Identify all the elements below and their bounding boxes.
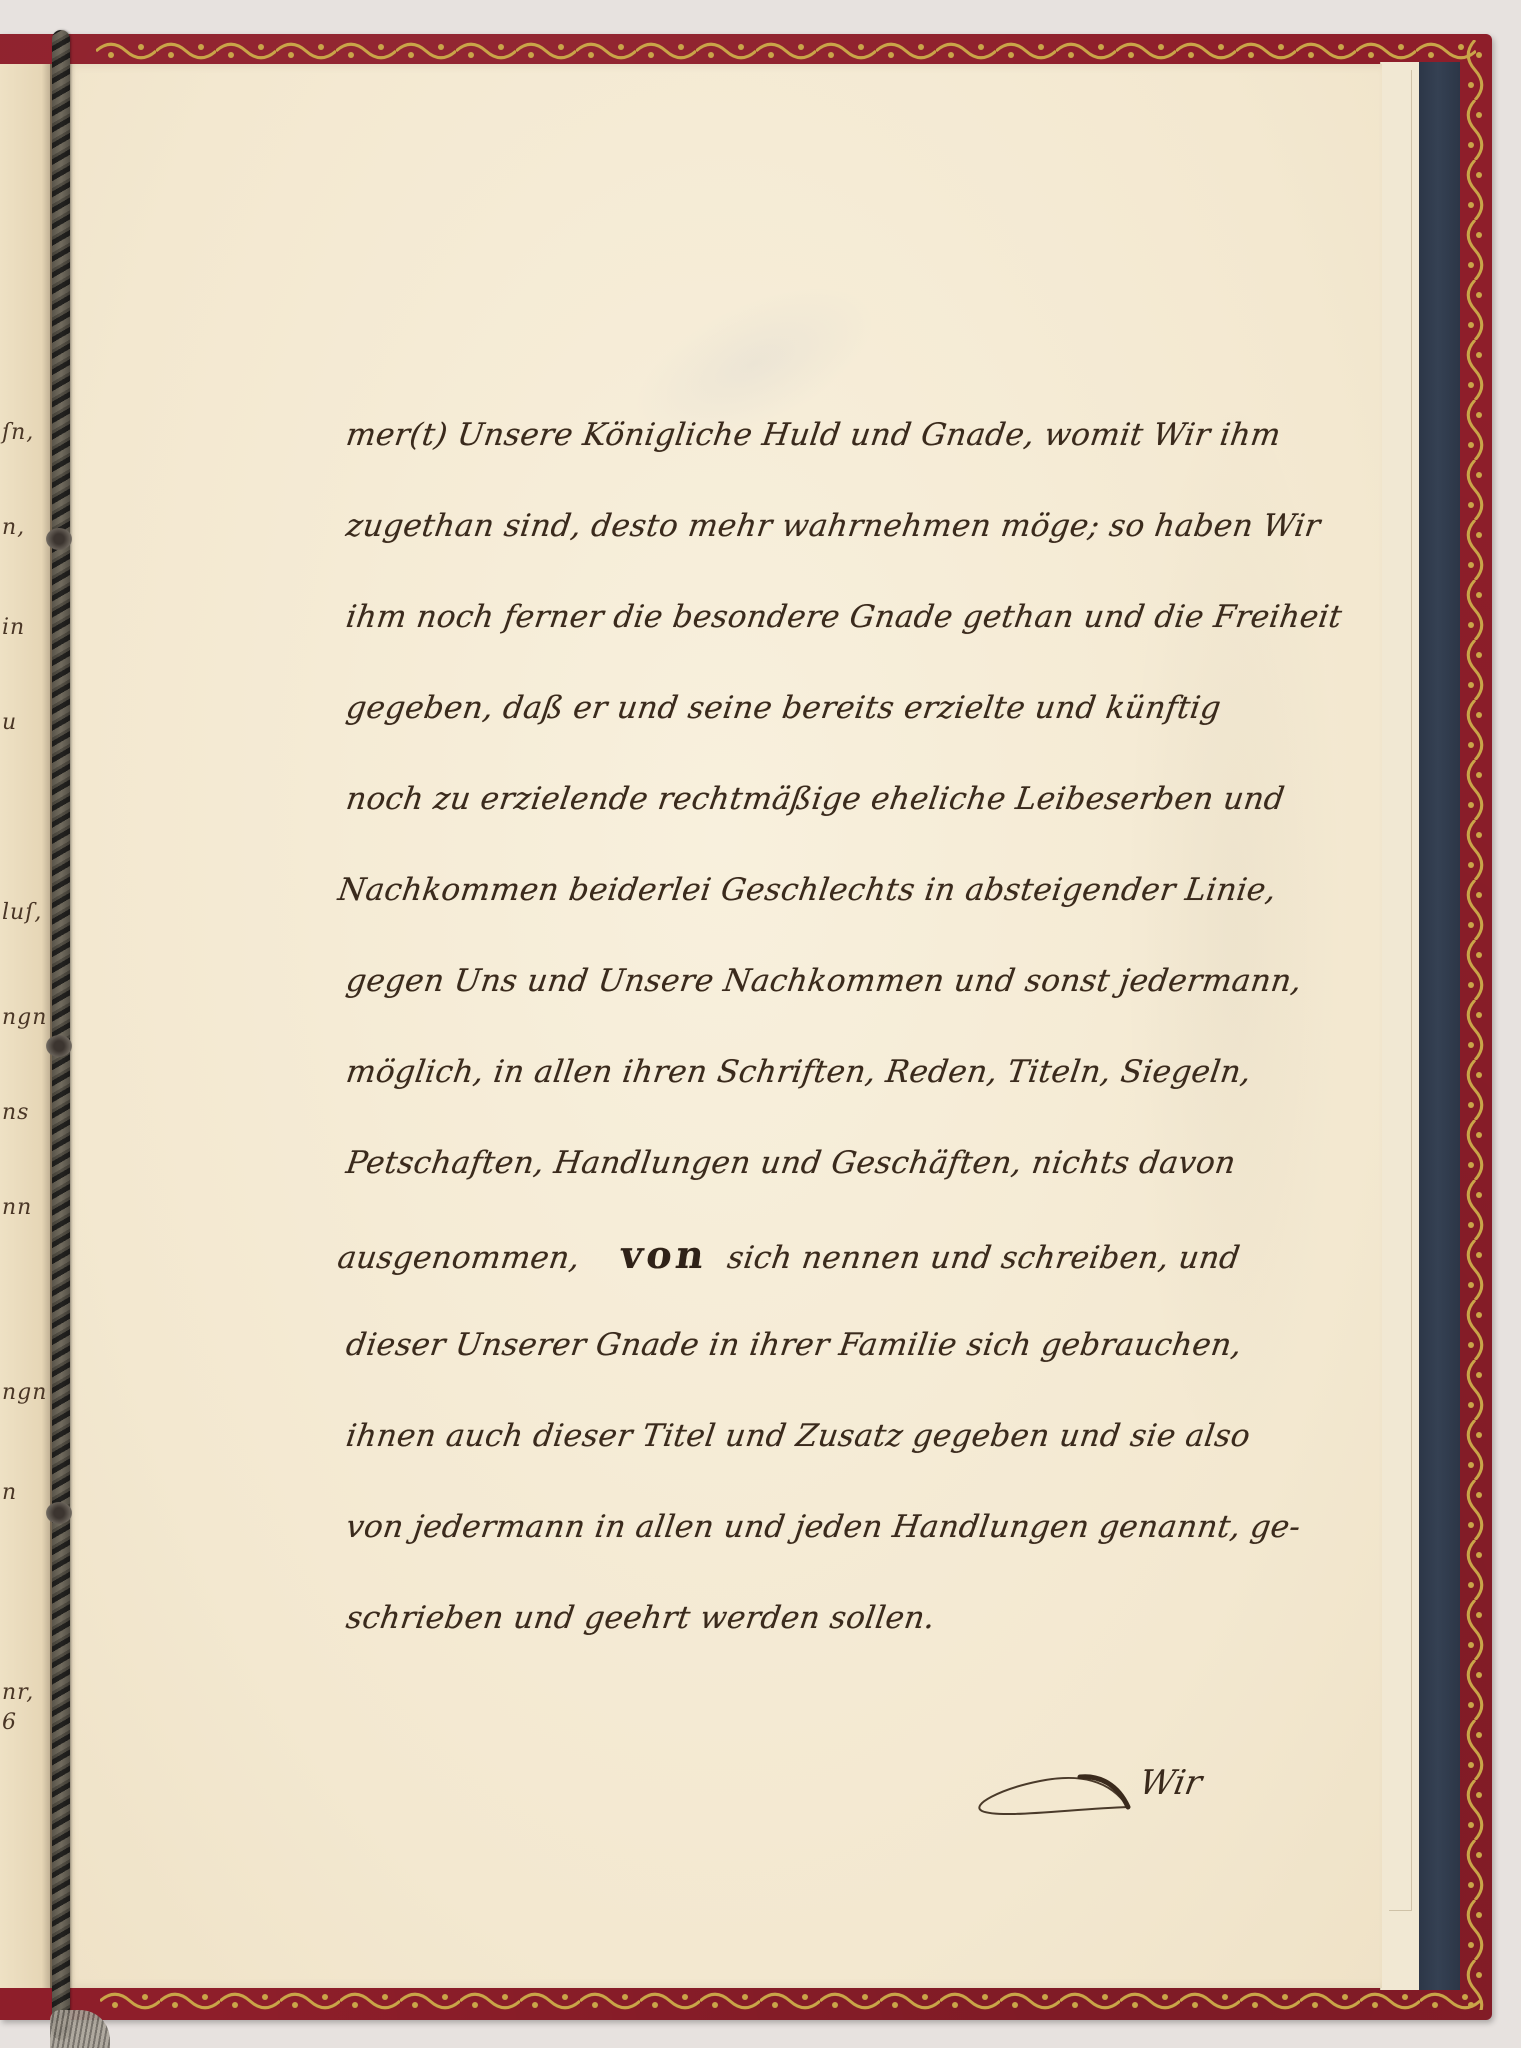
facing-page-text: n, [2, 515, 25, 540]
text-line: gegen Uns und Unsere Nachkommen und sons… [340, 936, 1393, 1027]
facing-page-fragment: ſn, n, in u luſ, ngn ns nn ngn n nr, 6 [0, 64, 52, 1988]
text-line: möglich, in allen ihren Schriften, Reden… [340, 1027, 1393, 1118]
catchword-text: Wir [1136, 1763, 1205, 1803]
text-line: schrieben und geehrt werden sollen. [340, 1573, 1393, 1664]
text-line: Nachkommen beiderlei Geschlechts in abst… [332, 845, 1393, 936]
text-line: ihm noch ferner die besondere Gnade geth… [340, 572, 1393, 663]
text-fragment: sich nennen und schreiben, und [725, 1240, 1242, 1276]
cord-stitch-knot [46, 1502, 72, 1524]
facing-page-text: ngn [2, 1005, 47, 1030]
gold-tooled-border-top [96, 40, 1476, 62]
gold-tooled-border-bottom [100, 1990, 1480, 2012]
handwritten-text-block: mer(t) Unsere Königliche Huld und Gnade,… [340, 390, 1380, 1664]
catchword: Wir [960, 1745, 1240, 1825]
facing-page-text: nn [2, 1195, 32, 1220]
facing-page-text: 6 [2, 1710, 17, 1735]
facing-page-text: ngn [2, 1380, 47, 1405]
text-line: zugethan sind, desto mehr wahrnehmen mög… [340, 481, 1393, 572]
facing-page-text: luſ, [2, 900, 42, 925]
gold-tooled-border-right [1464, 40, 1486, 2010]
nobility-particle-von: von [618, 1232, 711, 1277]
text-line: dieser Unserer Gnade in ihrer Familie si… [340, 1300, 1393, 1391]
underlying-sheet-edge [1380, 62, 1419, 1990]
facing-page-text: ns [2, 1100, 29, 1125]
text-line: ihnen auch dieser Titel und Zusatz gegeb… [340, 1391, 1393, 1482]
text-line: mer(t) Unsere Königliche Huld und Gnade,… [340, 390, 1393, 481]
text-line: ausgenommen, von sich nennen und schreib… [332, 1209, 1393, 1300]
facing-page-text: nr, [2, 1680, 34, 1705]
text-line: gegeben, daß er und seine bereits erziel… [340, 663, 1393, 754]
facing-page-text: in [2, 615, 25, 640]
text-line: noch zu erzielende rechtmäßige eheliche … [340, 754, 1393, 845]
text-fragment: ausgenommen, [335, 1240, 582, 1276]
text-line: Petschaften, Handlungen und Geschäften, … [340, 1118, 1393, 1209]
cord-stitch-knot [46, 1035, 72, 1057]
cord-stitch-knot [46, 528, 72, 550]
facing-page-text: ſn, [2, 420, 34, 445]
facing-page-text: u [2, 710, 17, 735]
sheet-fold-line [1389, 70, 1412, 1911]
text-line: von jedermann in allen und jeden Handlun… [340, 1482, 1393, 1573]
facing-page-text: n [2, 1480, 17, 1505]
blue-endpaper-strip [1416, 62, 1460, 1990]
